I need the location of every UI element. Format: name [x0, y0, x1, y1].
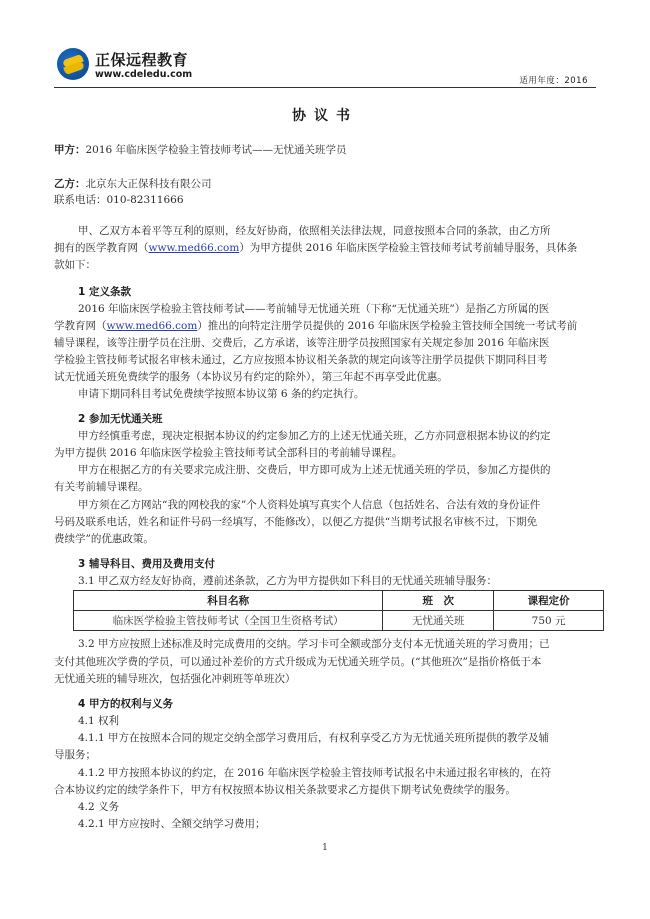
- s1-line: 学教育网（www.med66.com）推出的向特定注册学员提供的 2016 年临…: [54, 319, 577, 333]
- s2-line: 费续学”的优惠政策。: [54, 532, 154, 546]
- party-a: 甲方：2016 年临床医学检验主管技师考试——无忧通关班学员: [54, 143, 347, 157]
- intro-line-1: 甲、乙双方本着平等互利的原则，经友好协商，依照相关法律法规，同意按照本合同的条款…: [78, 224, 551, 238]
- applicable-year: 适用年度：2016: [519, 74, 588, 86]
- s1-line: 学检验主管技师考试报名审核未通过，乙方应按照本协议相关条款的规定向该等注册学员提…: [54, 353, 548, 367]
- page-header: 正保远程教育 www.cdeledu.com: [54, 46, 272, 88]
- s1-line: 辅导课程，该等注册学员在注册、交费后，乙方承诺，该等注册学员按照国家有关规定参加…: [54, 336, 549, 350]
- s4-line: 导服务；: [54, 748, 96, 762]
- page-number: 1: [0, 843, 650, 853]
- s4-line: 4.1.2 甲方按照本协议的约定，在 2016 年临床医学检验主管技师考试报名中…: [78, 766, 551, 780]
- med66-link[interactable]: www.med66.com: [107, 320, 198, 332]
- cell-subject: 临床医学检验主管技师考试（全国卫生资格考试）: [74, 611, 383, 631]
- s1-line: 申请下期同科目考试免费续学按照本协议第 6 条的约定执行。: [78, 387, 364, 401]
- party-a-label: 甲方：: [54, 144, 86, 156]
- section-1-heading: 1 定义条款: [78, 285, 131, 299]
- section-3-heading: 3 辅导科目、费用及费用支付: [78, 557, 215, 571]
- header-divider: [54, 87, 596, 88]
- table-row: 临床医学检验主管技师考试（全国卫生资格考试） 无忧通关班 750 元: [74, 611, 604, 631]
- cell-class: 无忧通关班: [383, 611, 494, 631]
- s4-line: 合本协议约定的续学条件下，甲方有权按照本协议相关条款要求乙方提供下期考试免费续学…: [54, 783, 516, 797]
- s2-line: 号码及联系电话，姓名和证件号码一经填写，不能修改），以便乙方提供“当期考试报名审…: [54, 515, 537, 529]
- table-header-row: 科目名称 班 次 课程定价: [74, 591, 604, 611]
- s4-line: 4.1 权利: [78, 714, 119, 728]
- s3-line-3-1: 3.1 甲乙双方经友好协商，遵前述条款，乙方为甲方提供如下科目的无忧通关班辅导服…: [78, 574, 497, 588]
- col-class: 班 次: [383, 591, 494, 611]
- s4-line: 4.2 义务: [78, 800, 119, 814]
- s4-line: 4.2.1 甲方应按时、全额交纳学习费用；: [78, 817, 266, 831]
- party-b: 乙方：北京东大正保科技有限公司: [54, 177, 212, 191]
- s2-line: 为甲方提供 2016 年临床医学检验主管技师考试全部科目的考前辅导课程。: [54, 446, 402, 460]
- intro-line-2: 拥有的医学教育网（www.med66.com）为甲方提供 2016 年临床医学检…: [54, 241, 577, 255]
- contact-phone: 联系电话：010-82311666: [54, 193, 184, 207]
- col-subject-name: 科目名称: [74, 591, 383, 611]
- company-logo-icon: [57, 48, 89, 80]
- s2-line: 有关考前辅导课程。: [54, 480, 149, 494]
- s3-line-3-2: 无忧通关班的辅导班次，包括强化冲刺班等单班次）: [54, 672, 296, 686]
- s2-line: 甲方在根据乙方的有关要求完成注册、交费后，甲方即可成为上述无忧通关班的学员，参加…: [78, 463, 551, 477]
- s1-line: 2016 年临床医学检验主管技师考试——考前辅导无忧通关班（下称“无忧通关班”）…: [78, 302, 549, 316]
- course-price-table: 科目名称 班 次 课程定价 临床医学检验主管技师考试（全国卫生资格考试） 无忧通…: [73, 590, 604, 631]
- document-title: 协议书: [0, 105, 650, 125]
- section-2-heading: 2 参加无忧通关班: [78, 412, 162, 426]
- company-url: www.cdeledu.com: [95, 69, 192, 80]
- s3-line-3-2: 支付其他班次学费的学员，可以通过补差价的方式升级成为无忧通关班学员。(“其他班次…: [54, 655, 541, 669]
- cell-price: 750 元: [494, 611, 604, 631]
- party-b-value: 北京东大正保科技有限公司: [86, 178, 212, 190]
- s2-line: 甲方须在乙方网站“我的网校我的家”个人资料处填写真实个人信息（包括姓名、合法有效…: [78, 498, 540, 512]
- s4-line: 4.1.1 甲方在按照本合同的规定交纳全部学习费用后，有权利享受乙方为无忧通关班…: [78, 731, 549, 745]
- s2-line: 甲方经慎重考虑，现决定根据本协议的约定参加乙方的上述无忧通关班，乙方亦同意根据本…: [78, 429, 551, 443]
- company-name: 正保远程教育: [95, 49, 188, 70]
- s3-line-3-2: 3.2 甲方应按照上述标准及时完成费用的交纳。学习卡可全额或部分支付本无忧通关班…: [78, 637, 550, 651]
- col-price: 课程定价: [494, 591, 604, 611]
- med66-link[interactable]: www.med66.com: [149, 242, 240, 254]
- party-a-value: 2016 年临床医学检验主管技师考试——无忧通关班学员: [86, 144, 347, 156]
- section-4-heading: 4 甲方的权利与义务: [78, 697, 173, 711]
- intro-line-3: 款如下：: [54, 258, 96, 272]
- party-b-label: 乙方：: [54, 178, 86, 190]
- s1-line: 试无忧通关班免费续学的服务（本协议另有约定的除外），第三年起不再享受此优惠。: [54, 370, 448, 384]
